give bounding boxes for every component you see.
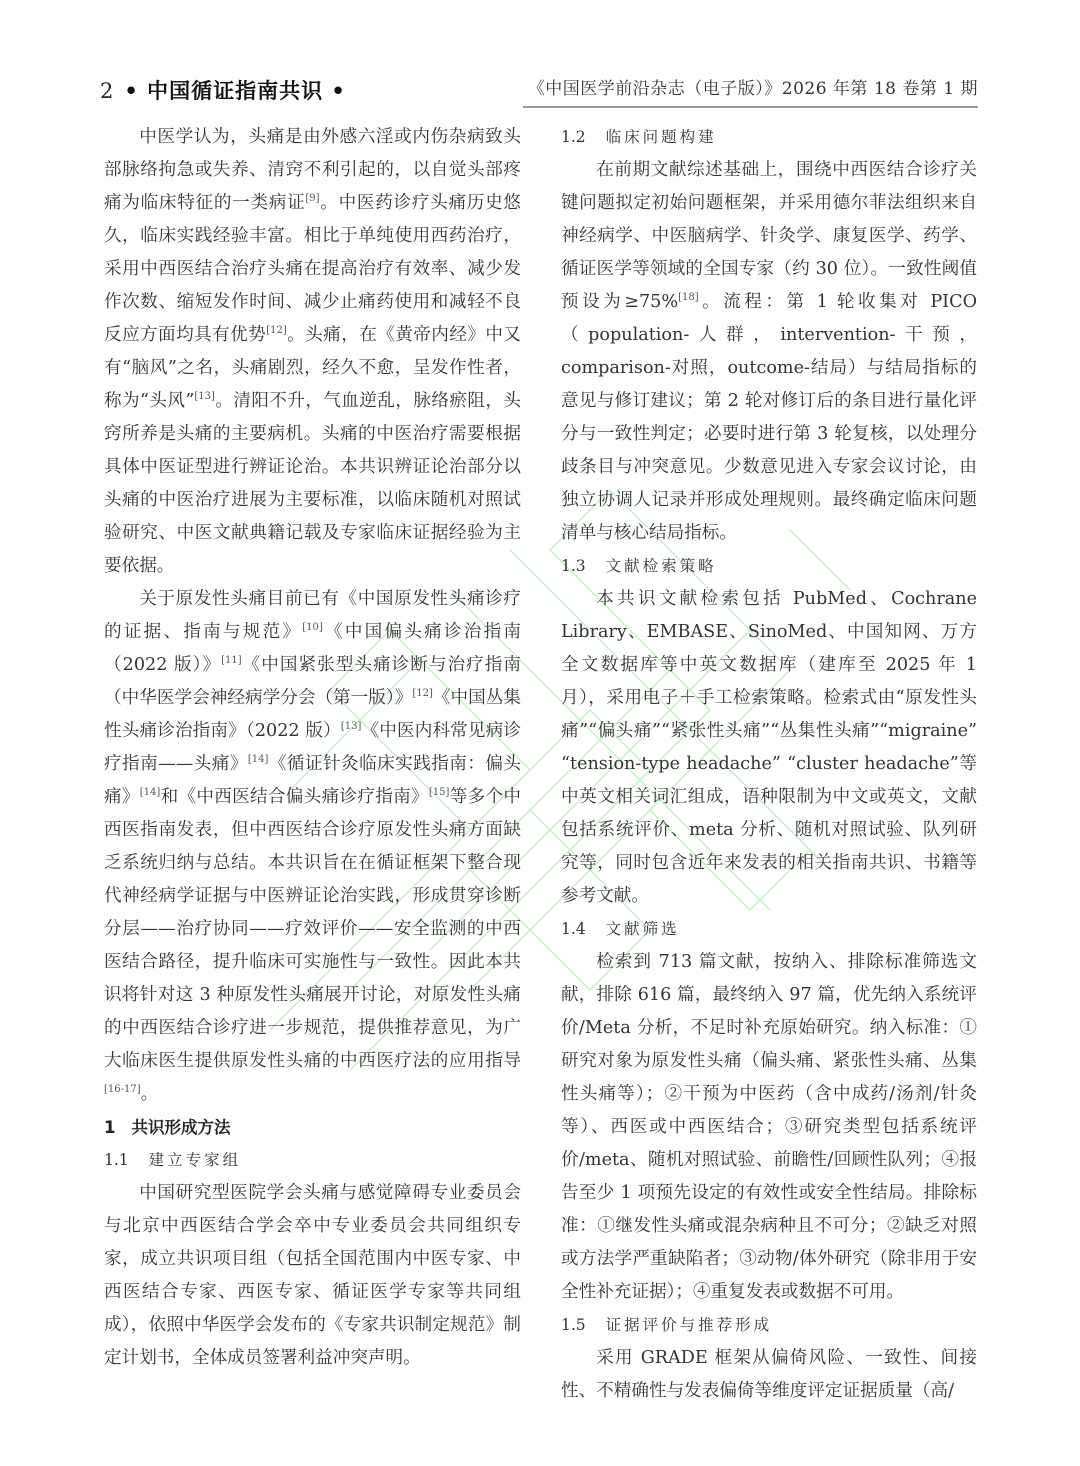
running-header: 2• 中国循证指南共识 • 《中国医学前沿杂志（电子版）》2026 年第 18 … — [100, 74, 978, 108]
subsection-heading-1-2: 1.2临床问题构建 — [561, 121, 977, 154]
subsection-heading-1-5: 1.5证据评价与推荐形成 — [561, 1309, 977, 1342]
header-section-label: 2• 中国循证指南共识 • — [100, 74, 346, 108]
subsection-number: 1.4 — [561, 920, 586, 938]
subsection-number: 1.3 — [561, 557, 586, 575]
subsection-title: 建立专家组 — [149, 1151, 242, 1169]
text-run: 。 — [141, 1084, 159, 1104]
subsection-heading-1-3: 1.3文献检索策略 — [561, 550, 977, 583]
paragraph-evidence-grading: 采用 GRADE 框架从偏倚风险、一致性、间接性、不精确性与发表偏倚等维度评定证… — [561, 1342, 977, 1408]
subsection-number: 1.5 — [561, 1316, 586, 1334]
subsection-title: 文献检索策略 — [606, 557, 717, 575]
paragraph-guidelines: 关于原发性头痛目前已有《中国原发性头痛诊疗的证据、指南与规范》[10]《中国偏头… — [104, 583, 521, 1111]
section-title: 共识形成方法 — [131, 1118, 230, 1137]
subsection-heading-1-1: 1.1建立专家组 — [104, 1144, 521, 1177]
left-column: 中医学认为，头痛是由外感六淫或内伤杂病致头部脉络拘急或失养、清窍不利引起的，以自… — [104, 121, 521, 1375]
paragraph-search-strategy: 本共识文献检索包括 PubMed、Cochrane Library、EMBASE… — [561, 583, 977, 913]
subsection-title: 文献筛选 — [606, 920, 680, 938]
section-number: 1 — [104, 1118, 115, 1137]
text-run: 等多个中西医指南发表，但中西医结合诊疗原发性头痛方面缺乏系统归纳与总结。本共识旨… — [104, 787, 521, 1071]
citation: [12] — [412, 688, 433, 699]
citation: [15] — [429, 787, 450, 798]
citation: [16-17] — [104, 1084, 141, 1095]
citation: [13] — [194, 391, 215, 402]
citation: [12] — [266, 325, 287, 336]
text-run: 在前期文献综述基础上，围绕中西医结合诊疗关键问题拟定初始问题框架，并采用德尔菲法… — [561, 160, 977, 312]
text-run: 。清阳不升，气血逆乱，脉络瘀阻，头窍所养是头痛的主要病机。头痛的中医治疗需要根据… — [104, 391, 521, 576]
paragraph-clinical-questions: 在前期文献综述基础上，围绕中西医结合诊疗关键问题拟定初始问题框架，并采用德尔菲法… — [561, 154, 977, 550]
subsection-number: 1.1 — [104, 1151, 129, 1169]
journal-citation: 《中国医学前沿杂志（电子版）》2026 年第 18 卷第 1 期 — [523, 74, 978, 108]
subsection-heading-1-4: 1.4文献筛选 — [561, 913, 977, 946]
text-run: 和《中西医结合偏头痛诊疗指南》 — [160, 787, 429, 807]
citation: [18] — [678, 292, 699, 303]
citation: [10] — [302, 622, 323, 633]
paragraph-expert-group: 中国研究型医院学会头痛与感觉障碍专业委员会与北京中西医结合学会卒中专业委员会共同… — [104, 1177, 521, 1375]
section-heading-1: 1共识形成方法 — [104, 1111, 521, 1144]
right-column: 1.2临床问题构建 在前期文献综述基础上，围绕中西医结合诊疗关键问题拟定初始问题… — [561, 121, 977, 1408]
citation: [11] — [221, 655, 242, 666]
citation: [14] — [248, 754, 269, 765]
paragraph-literature-screening: 检索到 713 篇文献，按纳入、排除标准筛选文献，排除 616 篇，最终纳入 9… — [561, 946, 977, 1309]
text-run: 。中医药诊疗头痛历史悠久，临床实践经验丰富。相比于单纯使用西药治疗，采用中西医结… — [104, 193, 521, 345]
subsection-number: 1.2 — [561, 128, 586, 146]
subsection-title: 证据评价与推荐形成 — [606, 1316, 773, 1334]
subsection-title: 临床问题构建 — [606, 128, 717, 146]
section-label: • 中国循证指南共识 • — [124, 79, 345, 103]
paragraph-intro-tcm: 中医学认为，头痛是由外感六淫或内伤杂病致头部脉络拘急或失养、清窍不利引起的，以自… — [104, 121, 521, 583]
citation: [9] — [305, 193, 319, 204]
text-run: 。流程：第 1 轮收集对 PICO（population-人群，interven… — [561, 292, 977, 543]
citation: [13] — [341, 721, 362, 732]
page-number: 2 — [100, 79, 114, 103]
citation: [14] — [140, 787, 161, 798]
